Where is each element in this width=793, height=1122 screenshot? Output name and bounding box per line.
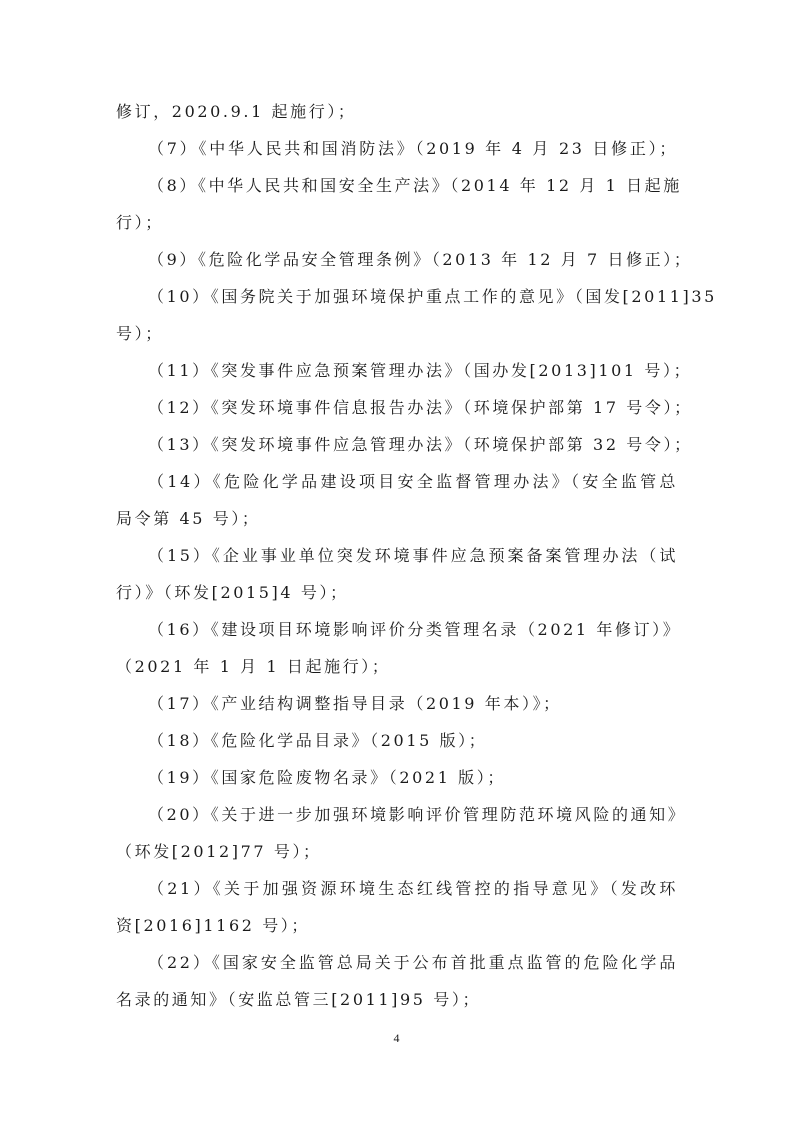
list-item-start: （18）《危险化学品目录》（2015 版）；	[148, 729, 678, 753]
list-item-start: （19）《国家危险废物名录》（2021 版）；	[148, 766, 678, 790]
list-item-start: （22）《国家安全监管总局关于公布首批重点监管的危险化学品	[148, 951, 678, 975]
list-item-start: （9）《危险化学品安全管理条例》（2013 年 12 月 7 日修正）；	[148, 248, 678, 272]
list-item-start: （15）《企业事业单位突发环境事件应急预案备案管理办法（试	[148, 544, 678, 568]
list-item-start: （7）《中华人民共和国消防法》（2019 年 4 月 23 日修正）；	[148, 137, 678, 161]
list-item-continuation: 局令第 45 号）；	[116, 507, 678, 531]
list-item-continuation: 名录的通知》（安监总管三[2011]95 号）；	[116, 988, 678, 1012]
list-item-start: （8）《中华人民共和国安全生产法》（2014 年 12 月 1 日起施	[148, 174, 678, 198]
list-item-continuation: （2021 年 1 月 1 日起施行）；	[116, 655, 678, 679]
page-number: 4	[0, 1031, 793, 1046]
list-item-continuation: 号）；	[116, 322, 678, 346]
list-item-start: （16）《建设项目环境影响评价分类管理名录（2021 年修订）》	[148, 618, 678, 642]
list-item-continuation: 行）》（环发[2015]4 号）；	[116, 581, 678, 605]
list-item-start: （11）《突发事件应急预案管理办法》（国办发[2013]101 号）；	[148, 359, 678, 383]
list-item-start: （21）《关于加强资源环境生态红线管控的指导意见》（发改环	[148, 877, 678, 901]
list-item-continuation: 资[2016]1162 号）；	[116, 914, 678, 938]
list-item-continuation: 修订，2020.9.1 起施行）；	[116, 100, 678, 124]
list-item-start: （20）《关于进一步加强环境影响评价管理防范环境风险的通知》	[148, 803, 678, 827]
list-item-continuation: 行）；	[116, 211, 678, 235]
list-item-start: （14）《危险化学品建设项目安全监督管理办法》（安全监管总	[148, 470, 678, 494]
list-item-continuation: （环发[2012]77 号）；	[116, 840, 678, 864]
list-item-start: （10）《国务院关于加强环境保护重点工作的意见》（国发[2011]35	[148, 285, 678, 309]
list-item-start: （12）《突发环境事件信息报告办法》（环境保护部第 17 号令）；	[148, 396, 678, 420]
document-page: 修订，2020.9.1 起施行）；（7）《中华人民共和国消防法》（2019 年 …	[0, 0, 793, 1122]
list-item-start: （17）《产业结构调整指导目录（2019 年本）》；	[148, 692, 678, 716]
list-item-start: （13）《突发环境事件应急管理办法》（环境保护部第 32 号令）；	[148, 433, 678, 457]
